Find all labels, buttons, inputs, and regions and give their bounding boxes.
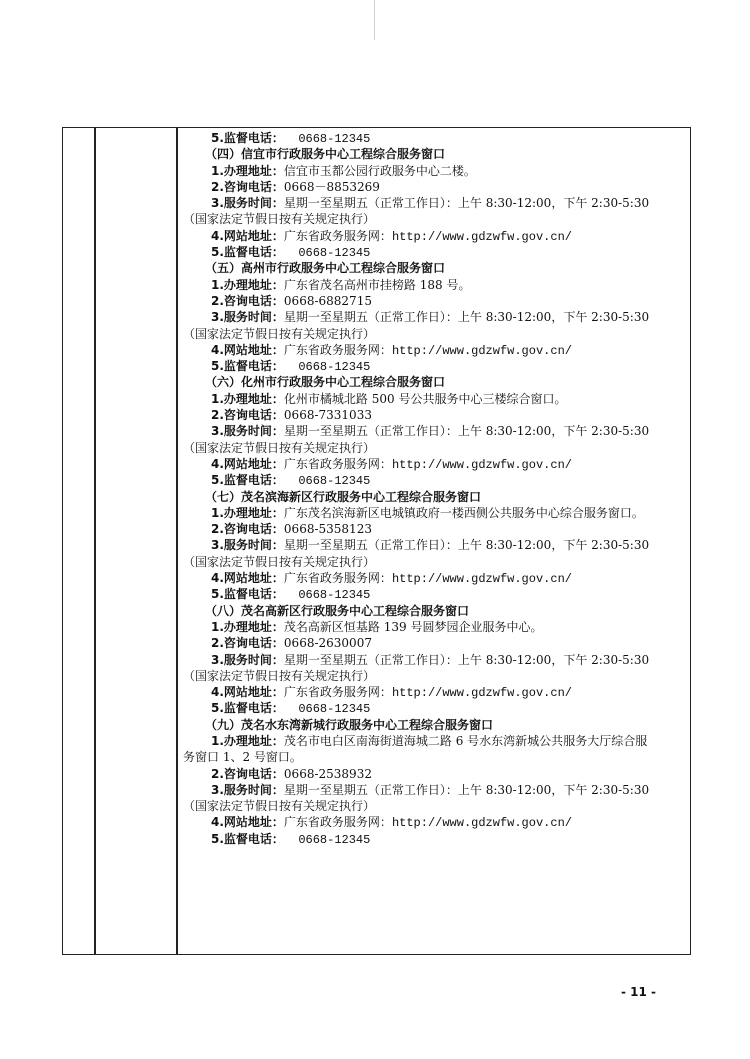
supervise-label: 5.监督电话： — [211, 359, 284, 373]
supervise-line: 5.监督电话： 0668-12345 — [183, 358, 691, 374]
supervise-line: 5.监督电话： 0668-12345 — [183, 472, 691, 488]
service-window-section: （七）茂名滨海新区行政服务中心工程综合服务窗口 1.办理地址：广东茂名滨海新区电… — [183, 489, 691, 603]
address-label: 1.办理地址： — [211, 734, 284, 748]
phone-label: 2.咨询电话： — [211, 767, 284, 781]
supervise-line: 5.监督电话： 0668-12345 — [183, 700, 691, 716]
address-label: 1.办理地址： — [211, 620, 284, 634]
hours-value: 星期一至星期五（正常工作日）：上午 8:30-12:00，下午 2:30-5:3… — [284, 310, 649, 324]
hours-line: 3.服务时间：星期一至星期五（正常工作日）：上午 8:30-12:00，下午 2… — [183, 652, 691, 668]
section-heading: （七）茂名滨海新区行政服务中心工程综合服务窗口 — [183, 489, 691, 505]
service-window-table: 5.监督电话： 0668-12345 （四）信宜市行政服务中心工程综合服务窗口 … — [62, 127, 691, 955]
website-line: 4.网站地址：广东省政务服务网：http://www.gdzwfw.gov.cn… — [183, 342, 691, 358]
supervise-label: 5.监督电话： — [211, 131, 284, 145]
website-link[interactable]: http://www.gdzwfw.gov.cn/ — [392, 458, 572, 472]
address-line: 1.办理地址：茂名高新区恒基路 139 号圆梦园企业服务中心。 — [183, 619, 691, 635]
website-label: 4.网站地址： — [211, 457, 284, 471]
address-value: 茂名市电白区南海街道海城二路 6 号水东湾新城公共服务大厅综合服 — [284, 734, 647, 748]
hours-note: （国家法定节假日按有关规定执行） — [183, 554, 691, 570]
supervise-label: 5.监督电话： — [211, 587, 284, 601]
hours-label: 3.服务时间： — [211, 783, 284, 797]
address-label: 1.办理地址： — [211, 392, 284, 406]
address-value: 茂名高新区恒基路 139 号圆梦园企业服务中心。 — [284, 620, 543, 634]
hours-line: 3.服务时间：星期一至星期五（正常工作日）：上午 8:30-12:00，下午 2… — [183, 423, 691, 439]
hours-line: 3.服务时间：星期一至星期五（正常工作日）：上午 8:30-12:00，下午 2… — [183, 782, 691, 798]
phone-line: 2.咨询电话：0668－8853269 — [183, 179, 691, 195]
address-line: 1.办理地址：广东茂名滨海新区电城镇政府一楼西侧公共服务中心综合服务窗口。 — [183, 505, 691, 521]
website-link[interactable]: http://www.gdzwfw.gov.cn/ — [392, 686, 572, 700]
hours-line: 3.服务时间：星期一至星期五（正常工作日）：上午 8:30-12:00，下午 2… — [183, 195, 691, 211]
hours-line: 3.服务时间：星期一至星期五（正常工作日）：上午 8:30-12:00，下午 2… — [183, 537, 691, 553]
supervise-label: 5.监督电话： — [211, 832, 284, 846]
supervise-line: 5.监督电话： 0668-12345 — [183, 244, 691, 260]
website-label: 4.网站地址： — [211, 685, 284, 699]
supervise-phone: 0668-12345 — [284, 132, 370, 146]
section-heading: （六）化州市行政服务中心工程综合服务窗口 — [183, 374, 691, 390]
hours-note: （国家法定节假日按有关规定执行） — [183, 211, 691, 227]
column-divider — [94, 128, 96, 954]
hours-value: 星期一至星期五（正常工作日）：上午 8:30-12:00，下午 2:30-5:3… — [284, 196, 649, 210]
website-name: 广东省政务服务网： — [284, 815, 392, 829]
phone-value: 0668-2538932 — [284, 767, 372, 781]
section-heading: （九）茂名水东湾新城行政服务中心工程综合服务窗口 — [183, 717, 691, 733]
hours-note: （国家法定节假日按有关规定执行） — [183, 668, 691, 684]
hours-value: 星期一至星期五（正常工作日）：上午 8:30-12:00，下午 2:30-5:3… — [284, 424, 649, 438]
hours-value: 星期一至星期五（正常工作日）：上午 8:30-12:00，下午 2:30-5:3… — [284, 783, 649, 797]
supervise-line: 5.监督电话： 0668-12345 — [183, 586, 691, 602]
phone-value: 0668-6882715 — [284, 294, 372, 308]
hours-note: （国家法定节假日按有关规定执行） — [183, 798, 691, 814]
website-label: 4.网站地址： — [211, 229, 284, 243]
address-label: 1.办理地址： — [211, 278, 284, 292]
phone-value: 0668－8853269 — [284, 180, 380, 194]
website-label: 4.网站地址： — [211, 343, 284, 357]
phone-label: 2.咨询电话： — [211, 180, 284, 194]
phone-value: 0668-5358123 — [284, 522, 372, 536]
supervise-label: 5.监督电话： — [211, 701, 284, 715]
address-label: 1.办理地址： — [211, 164, 284, 178]
website-label: 4.网站地址： — [211, 571, 284, 585]
website-line: 4.网站地址：广东省政务服务网：http://www.gdzwfw.gov.cn… — [183, 228, 691, 244]
website-link[interactable]: http://www.gdzwfw.gov.cn/ — [392, 230, 572, 244]
website-line: 4.网站地址：广东省政务服务网：http://www.gdzwfw.gov.cn… — [183, 814, 691, 830]
hours-label: 3.服务时间： — [211, 653, 284, 667]
section-heading: （五）高州市行政服务中心工程综合服务窗口 — [183, 260, 691, 276]
phone-label: 2.咨询电话： — [211, 408, 284, 422]
website-line: 4.网站地址：广东省政务服务网：http://www.gdzwfw.gov.cn… — [183, 570, 691, 586]
address-line: 1.办理地址：茂名市电白区南海街道海城二路 6 号水东湾新城公共服务大厅综合服 — [183, 733, 691, 749]
website-name: 广东省政务服务网： — [284, 457, 392, 471]
phone-value: 0668-2630007 — [284, 636, 372, 650]
website-label: 4.网站地址： — [211, 815, 284, 829]
address-value: 信宜市玉都公园行政服务中心二楼。 — [284, 164, 476, 178]
hours-value: 星期一至星期五（正常工作日）：上午 8:30-12:00，下午 2:30-5:3… — [284, 653, 649, 667]
phone-line: 2.咨询电话：0668-5358123 — [183, 521, 691, 537]
section-heading: （八）茂名高新区行政服务中心工程综合服务窗口 — [183, 603, 691, 619]
supervise-line: 5.监督电话： 0668-12345 — [183, 831, 691, 847]
address-line: 1.办理地址：化州市橘城北路 500 号公共服务中心三楼综合窗口。 — [183, 391, 691, 407]
supervise-label: 5.监督电话： — [211, 245, 284, 259]
phone-value: 0668-7331033 — [284, 408, 372, 422]
page-number: - 11 - — [621, 985, 656, 999]
address-value: 广东茂名滨海新区电城镇政府一楼西侧公共服务中心综合服务窗口。 — [284, 506, 644, 520]
section-heading: （四）信宜市行政服务中心工程综合服务窗口 — [183, 146, 691, 162]
supervise-phone: 0668-12345 — [284, 833, 370, 847]
website-name: 广东省政务服务网： — [284, 343, 392, 357]
hours-label: 3.服务时间： — [211, 196, 284, 210]
hours-label: 3.服务时间： — [211, 424, 284, 438]
website-name: 广东省政务服务网： — [284, 685, 392, 699]
carryover-supervise-line: 5.监督电话： 0668-12345 — [183, 130, 691, 146]
phone-label: 2.咨询电话： — [211, 522, 284, 536]
supervise-phone: 0668-12345 — [284, 474, 370, 488]
supervise-phone: 0668-12345 — [284, 588, 370, 602]
hours-note: （国家法定节假日按有关规定执行） — [183, 326, 691, 342]
website-link[interactable]: http://www.gdzwfw.gov.cn/ — [392, 816, 572, 830]
service-window-section: （四）信宜市行政服务中心工程综合服务窗口 1.办理地址：信宜市玉都公园行政服务中… — [183, 146, 691, 260]
table-content-cell: 5.监督电话： 0668-12345 （四）信宜市行政服务中心工程综合服务窗口 … — [183, 130, 691, 847]
supervise-phone: 0668-12345 — [284, 360, 370, 374]
fold-mark — [374, 0, 375, 40]
website-line: 4.网站地址：广东省政务服务网：http://www.gdzwfw.gov.cn… — [183, 684, 691, 700]
phone-line: 2.咨询电话：0668-7331033 — [183, 407, 691, 423]
supervise-phone: 0668-12345 — [284, 246, 370, 260]
service-window-section: （五）高州市行政服务中心工程综合服务窗口 1.办理地址：广东省茂名高州市挂榜路 … — [183, 260, 691, 374]
supervise-phone: 0668-12345 — [284, 702, 370, 716]
website-line: 4.网站地址：广东省政务服务网：http://www.gdzwfw.gov.cn… — [183, 456, 691, 472]
phone-line: 2.咨询电话：0668-2630007 — [183, 635, 691, 651]
hours-label: 3.服务时间： — [211, 310, 284, 324]
phone-line: 2.咨询电话：0668-2538932 — [183, 766, 691, 782]
address-value: 化州市橘城北路 500 号公共服务中心三楼综合窗口。 — [284, 392, 567, 406]
website-link[interactable]: http://www.gdzwfw.gov.cn/ — [392, 344, 572, 358]
column-divider — [176, 128, 178, 954]
website-name: 广东省政务服务网： — [284, 571, 392, 585]
supervise-label: 5.监督电话： — [211, 473, 284, 487]
address-continuation: 务窗口 1、2 号窗口。 — [183, 749, 691, 765]
hours-label: 3.服务时间： — [211, 538, 284, 552]
website-name: 广东省政务服务网： — [284, 229, 392, 243]
address-line: 1.办理地址：信宜市玉都公园行政服务中心二楼。 — [183, 163, 691, 179]
website-link[interactable]: http://www.gdzwfw.gov.cn/ — [392, 572, 572, 586]
address-line: 1.办理地址：广东省茂名高州市挂榜路 188 号。 — [183, 277, 691, 293]
service-window-section: （八）茂名高新区行政服务中心工程综合服务窗口 1.办理地址：茂名高新区恒基路 1… — [183, 603, 691, 717]
hours-note: （国家法定节假日按有关规定执行） — [183, 440, 691, 456]
address-value: 广东省茂名高州市挂榜路 188 号。 — [284, 278, 471, 292]
hours-line: 3.服务时间：星期一至星期五（正常工作日）：上午 8:30-12:00，下午 2… — [183, 309, 691, 325]
service-window-section: （九）茂名水东湾新城行政服务中心工程综合服务窗口 1.办理地址：茂名市电白区南海… — [183, 717, 691, 847]
hours-value: 星期一至星期五（正常工作日）：上午 8:30-12:00，下午 2:30-5:3… — [284, 538, 649, 552]
address-label: 1.办理地址： — [211, 506, 284, 520]
phone-line: 2.咨询电话：0668-6882715 — [183, 293, 691, 309]
phone-label: 2.咨询电话： — [211, 294, 284, 308]
service-window-section: （六）化州市行政服务中心工程综合服务窗口 1.办理地址：化州市橘城北路 500 … — [183, 374, 691, 488]
phone-label: 2.咨询电话： — [211, 636, 284, 650]
